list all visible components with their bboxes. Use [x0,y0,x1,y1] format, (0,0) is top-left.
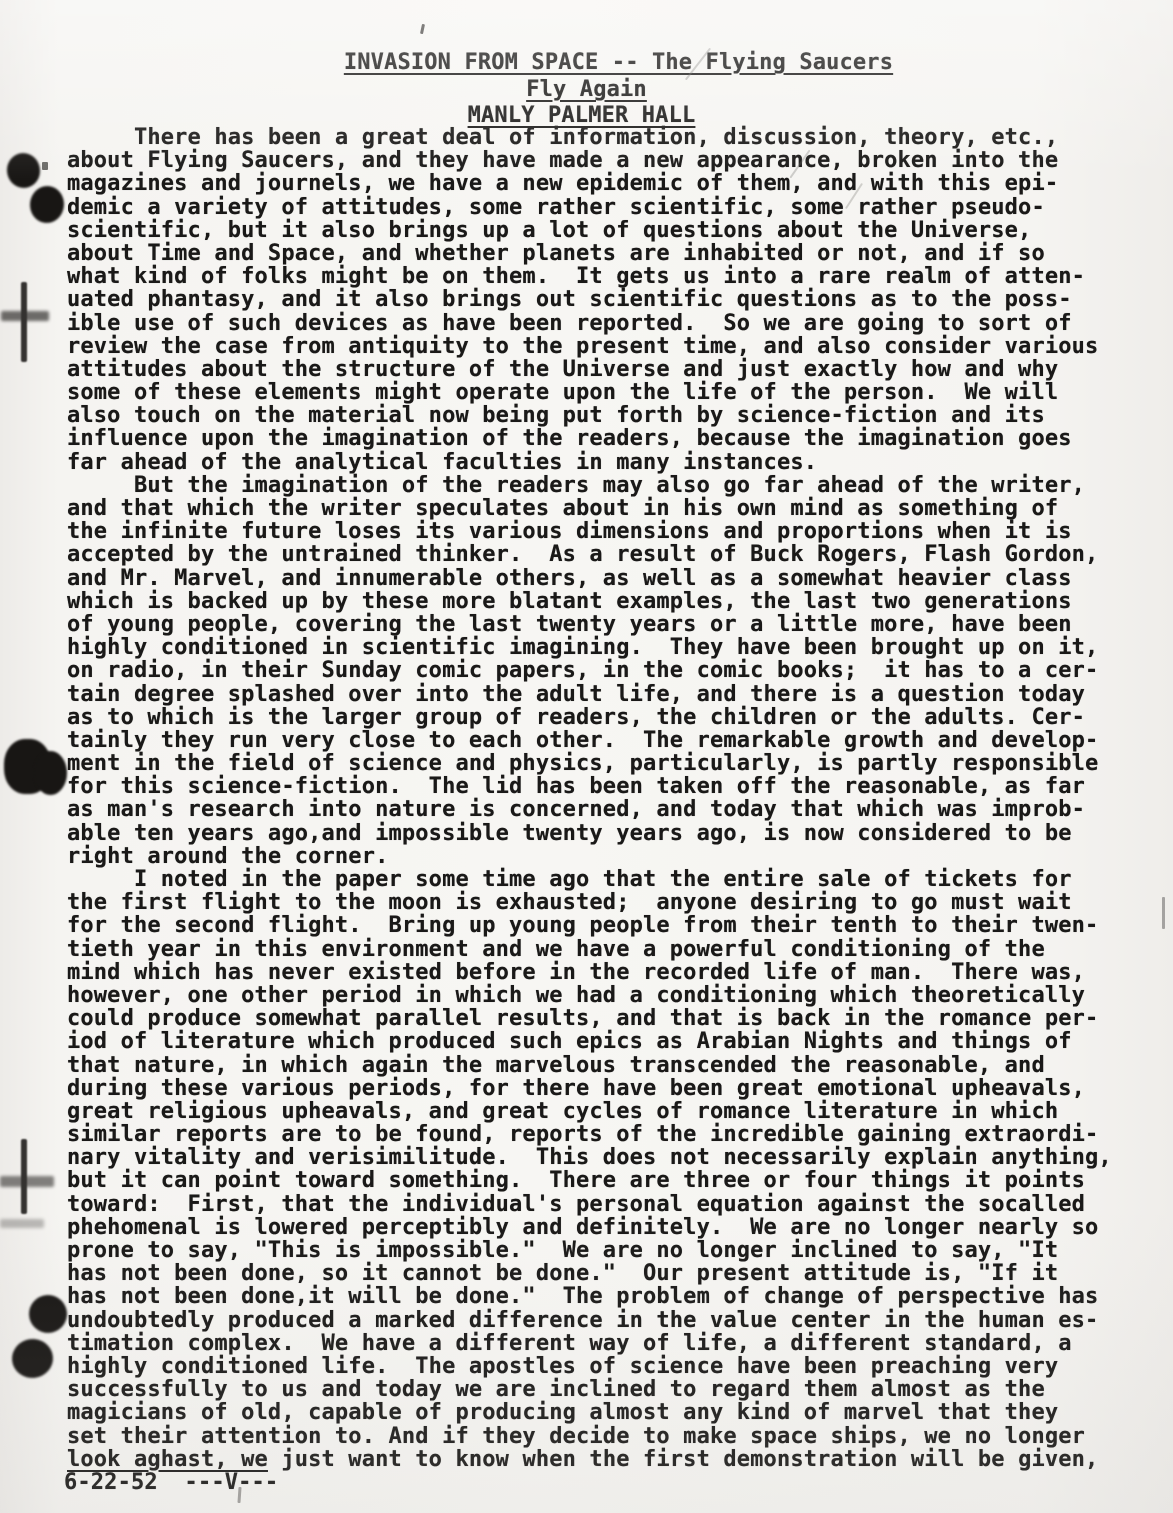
text-line: highly conditioned in scientific imagini… [67,636,1112,659]
text-line: ment in the field of science and physics… [67,752,1112,775]
text-line: right around the corner. [67,845,1112,868]
text-line: I noted in the paper some time ago that … [67,868,1112,891]
text-line: tain degree splashed over into the adult… [67,683,1112,706]
document-title-line2: Fly Again [0,78,1173,102]
text-line: but it can point toward something. There… [67,1169,1112,1192]
text-line: the first flight to the moon is exhauste… [67,891,1112,914]
text-line-underlined-phrase: look aghast, we just want to know when t… [67,1448,1112,1471]
text-line: the infinite future loses its various di… [67,520,1112,543]
ink-speck [42,162,48,170]
text-line: and that which the writer speculates abo… [67,497,1112,520]
ink-blot [4,150,43,190]
text-line: during these various periods, for there … [67,1077,1112,1100]
edge-tick [1162,897,1165,929]
text-line: tainly they run very close to each other… [67,729,1112,752]
text-line: however, one other period in which we ha… [67,984,1112,1007]
text-line: similar reports are to be found, reports… [67,1123,1112,1146]
text-line: able ten years ago,and impossible twenty… [67,822,1112,845]
text-line: iod of literature which produced such ep… [67,1030,1112,1053]
document-title-line1: INVASION FROM SPACE -- The Flying Saucer… [32,51,1173,75]
smudge-mark [0,1219,44,1228]
text-line: ible use of such devices as have been re… [67,312,1112,335]
text-line: toward: First, that the individual's per… [67,1193,1112,1216]
text-line: timation complex. We have a different wa… [67,1332,1112,1355]
text-line: and Mr. Marvel, and innumerable others, … [67,567,1112,590]
registration-cross-horizontal [0,1176,54,1187]
registration-cross-horizontal [1,311,49,321]
text-line: about Time and Space, and whether planet… [67,242,1112,265]
text-line: on radio, in their Sunday comic papers, … [67,659,1112,682]
text-line: for the second flight. Bring up young pe… [67,914,1112,937]
text-line: undoubtedly produced a marked difference… [67,1309,1112,1332]
text-line: There has been a great deal of informati… [67,126,1112,149]
text-line: prone to say, "This is impossible." We a… [67,1239,1112,1262]
text-line: that nature, in which again the marvelou… [67,1054,1112,1077]
text-line: review the case from antiquity to the pr… [67,335,1112,358]
text-line: has not been done, so it cannot be done.… [67,1262,1112,1285]
footer-date-code: 6-22-52 ---V--- [64,1471,278,1495]
text-line: accepted by the untrained thinker. As a … [67,543,1112,566]
ink-blot [27,1293,70,1336]
text-line: as to which is the larger group of reade… [67,706,1112,729]
text-line: for this science-fiction. The lid has be… [67,775,1112,798]
text-line: successfully to us and today we are incl… [67,1378,1112,1401]
registration-cross-vertical [21,282,27,362]
ink-blot [34,751,67,795]
text-line: of young people, covering the last twent… [67,613,1112,636]
text-line: far ahead of the analytical faculties in… [67,451,1112,474]
text-line: magazines and journels, we have a new ep… [67,172,1112,195]
text-line: also touch on the material now being put… [67,404,1112,427]
text-line: phehomenal is lowered perceptibly and de… [67,1216,1112,1239]
text-line: nary vitality and verisimilitude. This d… [67,1146,1112,1169]
text-line: mind which has never existed before in t… [67,961,1112,984]
text-line: influence upon the imagination of the re… [67,427,1112,450]
text-line: uated phantasy, and it also brings out s… [67,288,1112,311]
text-line: some of these elements might operate upo… [67,381,1112,404]
typewritten-document-page: INVASION FROM SPACE -- The Flying Saucer… [0,0,1173,1513]
text-line: scientific, but it also brings up a lot … [67,219,1112,242]
text-line: about Flying Saucers, and they have made… [67,149,1112,172]
ink-blot [28,184,66,224]
text-line: what kind of folks might be on them. It … [67,265,1112,288]
pen-tick [420,24,425,34]
edge-tick [237,1487,241,1503]
ink-blot [10,1337,55,1380]
text-line: as man's research into nature is concern… [67,798,1112,821]
text-line: tieth year in this environment and we ha… [67,938,1112,961]
text-line: magicians of old, capable of producing a… [67,1401,1112,1424]
text-line: demic a variety of attitudes, some rathe… [67,196,1112,219]
underlined-phrase: look aghast, we [67,1447,268,1472]
text-line: has not been done,it will be done." The … [67,1285,1112,1308]
text-line: But the imagination of the readers may a… [67,474,1112,497]
text-line: could produce somewhat parallel results,… [67,1007,1112,1030]
text-line: attitudes about the structure of the Uni… [67,358,1112,381]
text-line: highly conditioned life. The apostles of… [67,1355,1112,1378]
text-line: set their attention to. And if they deci… [67,1425,1112,1448]
text-line: which is backed up by these more blatant… [67,590,1112,613]
document-body: There has been a great deal of informati… [67,126,1112,1471]
text-line: great religious upheavals, and great cyc… [67,1100,1112,1123]
